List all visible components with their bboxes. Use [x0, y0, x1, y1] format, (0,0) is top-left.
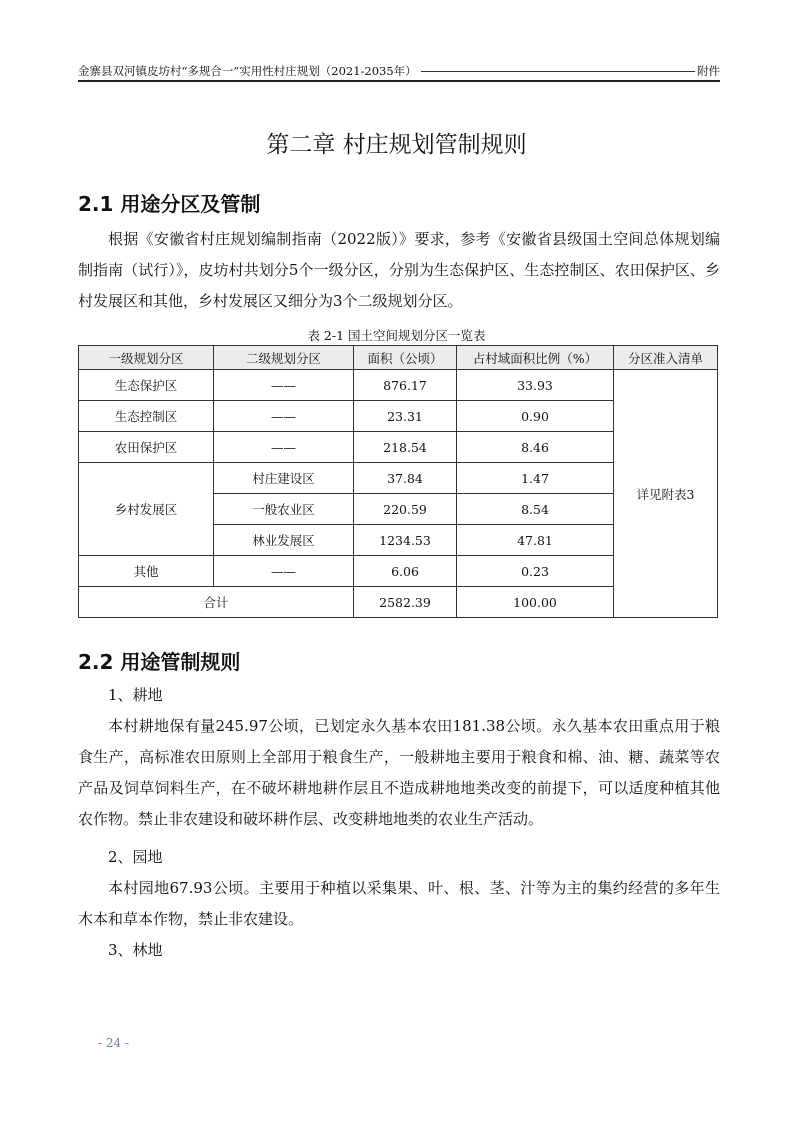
header-access-list: 分区准入清单 — [614, 346, 718, 370]
intro-paragraph: 根据《安徽省村庄规划编制指南（2022版）》要求，参考《安徽省县级国土空间总体规… — [78, 224, 720, 317]
cell-ratio: 8.46 — [457, 432, 614, 463]
paragraph-garden-land: 本村园地67.93公顷。主要用于种植以采集果、叶、根、茎、汁等为主的集约经营的多… — [78, 873, 720, 935]
running-header-title: 金寨县双河镇皮坊村“多规合一”实用性村庄规划（2021-2035年） — [78, 62, 417, 80]
section-title-2-1: 2.1 用途分区及管制 — [78, 189, 260, 219]
item-heading-forest-land: 3、林地 — [108, 935, 163, 966]
paragraph-cultivated-land: 本村耕地保有量245.97公顷，已划定永久基本农田181.38公顷。永久基本农田… — [78, 711, 720, 835]
header-level2: 二级规划分区 — [214, 346, 354, 370]
cell-access-list: 详见附表3 — [614, 370, 718, 618]
section-title-2-2: 2.2 用途管制规则 — [78, 647, 240, 677]
item-heading-cultivated-land: 1、耕地 — [108, 680, 163, 711]
cell-area: 218.54 — [354, 432, 457, 463]
cell-level1: 农田保护区 — [79, 432, 214, 463]
table-row: 生态保护区 —— 876.17 33.93 详见附表3 — [79, 370, 718, 401]
zoning-table: 一级规划分区 二级规划分区 面积（公顷） 占村域面积比例（%） 分区准入清单 生… — [78, 345, 718, 618]
cell-total-area: 2582.39 — [354, 587, 457, 618]
cell-area: 220.59 — [354, 494, 457, 525]
cell-level1: 生态控制区 — [79, 401, 214, 432]
running-header-tag: 附件 — [697, 62, 720, 80]
cell-total-label: 合计 — [79, 587, 354, 618]
page-number: - 24 - — [98, 1035, 129, 1051]
chapter-title: 第二章 村庄规划管制规则 — [0, 127, 793, 163]
cell-level2: 一般农业区 — [214, 494, 354, 525]
item-heading-garden-land: 2、园地 — [108, 842, 163, 873]
header-level1: 一级规划分区 — [79, 346, 214, 370]
running-header: 金寨县双河镇皮坊村“多规合一”实用性村庄规划（2021-2035年） 附件 — [78, 60, 720, 82]
cell-ratio: 47.81 — [457, 525, 614, 556]
cell-level2: —— — [214, 401, 354, 432]
cell-level2: 林业发展区 — [214, 525, 354, 556]
cell-total-ratio: 100.00 — [457, 587, 614, 618]
cell-level1: 其他 — [79, 556, 214, 587]
cell-area: 6.06 — [354, 556, 457, 587]
cell-ratio: 33.93 — [457, 370, 614, 401]
cell-level2: —— — [214, 432, 354, 463]
cell-area: 23.31 — [354, 401, 457, 432]
header-area: 面积（公顷） — [354, 346, 457, 370]
cell-area: 876.17 — [354, 370, 457, 401]
cell-level2: —— — [214, 556, 354, 587]
cell-ratio: 0.90 — [457, 401, 614, 432]
table-caption: 表 2-1 国土空间规划分区一览表 — [0, 327, 793, 345]
table-header-row: 一级规划分区 二级规划分区 面积（公顷） 占村域面积比例（%） 分区准入清单 — [79, 346, 718, 370]
cell-level1: 乡村发展区 — [79, 463, 214, 556]
header-ratio: 占村域面积比例（%） — [457, 346, 614, 370]
cell-area: 1234.53 — [354, 525, 457, 556]
cell-level1: 生态保护区 — [79, 370, 214, 401]
cell-ratio: 0.23 — [457, 556, 614, 587]
cell-ratio: 1.47 — [457, 463, 614, 494]
header-dash-leader — [421, 71, 695, 72]
cell-level2: —— — [214, 370, 354, 401]
cell-level2: 村庄建设区 — [214, 463, 354, 494]
cell-area: 37.84 — [354, 463, 457, 494]
cell-ratio: 8.54 — [457, 494, 614, 525]
